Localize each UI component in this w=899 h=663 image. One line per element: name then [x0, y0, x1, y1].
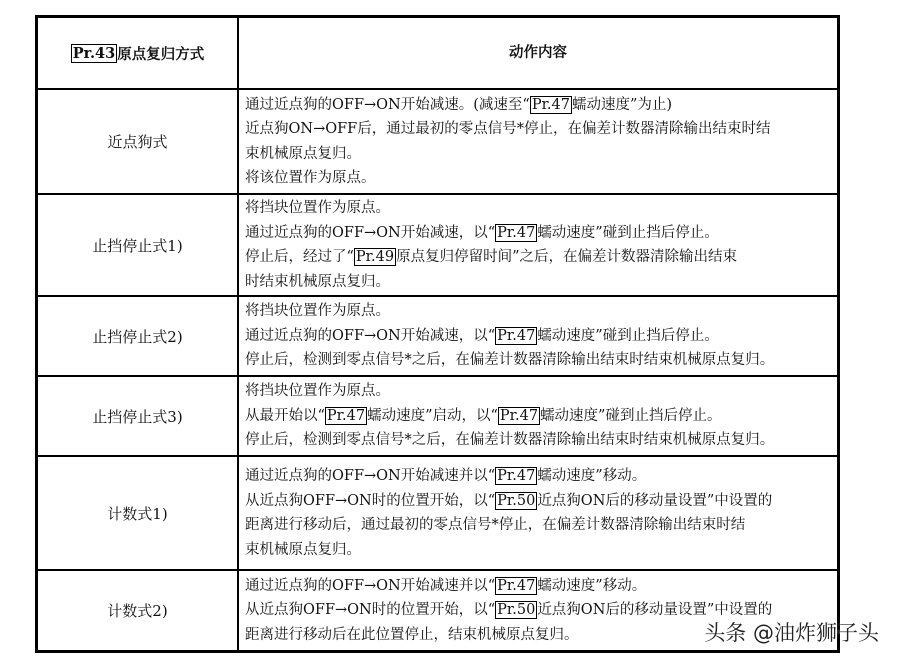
action-text: 通过近点狗的OFF→ON开始减速，以“ [245, 328, 495, 344]
param-ref-box: Pr.47 [498, 407, 540, 425]
action-text: 通过近点狗的OFF→ON开始减速，以“ [245, 225, 495, 241]
action-text: 停止后，检测到零点信号*之后，在偏差计数器清除输出结束时结束机械原点复归。 [245, 432, 774, 448]
action-line: 停止后，经过了“Pr.49原点复归停留时间”之后，在偏差计数器清除输出结束 [245, 245, 831, 270]
param-ref-box: Pr.47 [325, 407, 367, 425]
table-row: 近点狗式 通过近点狗的OFF→ON开始减速。(减速至“Pr.47蠕动速度”为止)… [38, 88, 837, 193]
param-ref-box: Pr.47 [530, 96, 572, 114]
action-text: 蠕动速度”碰到止挡后停止。 [537, 328, 718, 344]
table-row: 止挡停止式3) 将挡块位置作为原点。从最开始以“Pr.47蠕动速度”启动，以“P… [38, 375, 837, 455]
param-ref-box: Pr.47 [495, 467, 537, 485]
action-text: 近点狗ON后的移动量设置”中设置的 [537, 602, 772, 618]
param-ref-box: Pr.50 [495, 601, 537, 619]
table-row: 止挡停止式2) 将挡块位置作为原点。通过近点狗的OFF→ON开始减速，以“Pr.… [38, 295, 837, 375]
action-cell: 将挡块位置作为原点。通过近点狗的OFF→ON开始减速，以“Pr.47蠕动速度”碰… [239, 297, 837, 375]
homing-method-table: Pr.43原点复归方式 动作内容 近点狗式 通过近点狗的OFF→ON开始减速。(… [35, 15, 840, 653]
action-line: 通过近点狗的OFF→ON开始减速，以“Pr.47蠕动速度”碰到止挡后停止。 [245, 221, 831, 246]
param-ref-box: Pr.43 [71, 44, 117, 63]
action-cell: 将挡块位置作为原点。通过近点狗的OFF→ON开始减速，以“Pr.47蠕动速度”碰… [239, 195, 837, 295]
param-ref-box: Pr.47 [495, 327, 537, 345]
action-text: 蠕动速度”为止) [572, 97, 672, 113]
param-ref-box: Pr.50 [495, 492, 537, 510]
action-line: 通过近点狗的OFF→ON开始减速并以“Pr.47蠕动速度”移动。 [245, 574, 831, 599]
table-row: 止挡停止式1) 将挡块位置作为原点。通过近点狗的OFF→ON开始减速，以“Pr.… [38, 193, 837, 295]
action-text: 通过近点狗的OFF→ON开始减速。(减速至“ [245, 97, 530, 113]
action-line: 距离进行移动后，通过最初的零点信号*停止，在偏差计数器清除输出结束时结 [245, 513, 831, 538]
action-text: 束机械原点复归。 [245, 146, 361, 162]
table-header-row: Pr.43原点复归方式 动作内容 [38, 18, 837, 88]
action-text: 距离进行移动后在此位置停止，结束机械原点复归。 [245, 627, 579, 643]
action-line: 停止后，检测到零点信号*之后，在偏差计数器清除输出结束时结束机械原点复归。 [245, 428, 831, 453]
watermark: 头条 @油炸狮子头 [704, 617, 879, 647]
param-ref-box: Pr.47 [495, 577, 537, 595]
table-row: 计数式1) 通过近点狗的OFF→ON开始减速并以“Pr.47蠕动速度”移动。从近… [38, 455, 837, 569]
action-text: 将挡块位置作为原点。 [245, 303, 390, 319]
action-text: 蠕动速度”碰到止挡后停止。 [540, 408, 721, 424]
action-line: 束机械原点复归。 [245, 538, 831, 563]
action-text: 将挡块位置作为原点。 [245, 200, 390, 216]
action-text: 蠕动速度”碰到止挡后停止。 [537, 225, 718, 241]
action-line: 将挡块位置作为原点。 [245, 379, 831, 404]
param-ref-box: Pr.47 [495, 224, 537, 242]
action-text: 时结束机械原点复归。 [245, 274, 390, 290]
action-text: 从最开始以“ [245, 408, 325, 424]
action-cell: 通过近点狗的OFF→ON开始减速。(减速至“Pr.47蠕动速度”为止)近点狗ON… [239, 90, 837, 193]
action-text: 停止后，经过了“ [245, 249, 354, 265]
method-cell: 计数式1) [38, 457, 239, 569]
action-line: 将挡块位置作为原点。 [245, 299, 831, 324]
action-line: 从近点狗OFF→ON时的位置开始，以“Pr.50近点狗ON后的移动量设置”中设置… [245, 489, 831, 514]
action-line: 时结束机械原点复归。 [245, 270, 831, 295]
action-text: 近点狗ON→OFF后，通过最初的零点信号*停止，在偏差计数器清除输出结束时结 [245, 121, 770, 137]
header-action-label: 动作内容 [509, 41, 567, 66]
action-line: 通过近点狗的OFF→ON开始减速并以“Pr.47蠕动速度”移动。 [245, 464, 831, 489]
action-line: 停止后，检测到零点信号*之后，在偏差计数器清除输出结束时结束机械原点复归。 [245, 348, 831, 373]
action-text: 原点复归停留时间”之后，在偏差计数器清除输出结束 [396, 249, 737, 265]
action-line: 将挡块位置作为原点。 [245, 196, 831, 221]
action-text: 蠕动速度”启动，以“ [367, 408, 498, 424]
action-text: 通过近点狗的OFF→ON开始减速并以“ [245, 468, 495, 484]
method-cell: 止挡停止式2) [38, 297, 239, 375]
action-text: 将该位置作为原点。 [245, 170, 376, 186]
action-text: 通过近点狗的OFF→ON开始减速并以“ [245, 578, 495, 594]
action-text: 蠕动速度”移动。 [537, 468, 646, 484]
method-cell: 近点狗式 [38, 90, 239, 193]
action-line: 近点狗ON→OFF后，通过最初的零点信号*停止，在偏差计数器清除输出结束时结 [245, 117, 831, 142]
method-cell: 计数式2) [38, 571, 239, 650]
action-line: 束机械原点复归。 [245, 142, 831, 167]
action-text: 束机械原点复归。 [245, 542, 361, 558]
action-text: 从近点狗OFF→ON时的位置开始，以“ [245, 602, 495, 618]
action-line: 将该位置作为原点。 [245, 166, 831, 191]
header-method-label: 原点复归方式 [117, 43, 204, 64]
header-action-cell: 动作内容 [239, 18, 837, 88]
action-cell: 通过近点狗的OFF→ON开始减速并以“Pr.47蠕动速度”移动。从近点狗OFF→… [239, 457, 837, 569]
action-line: 从最开始以“Pr.47蠕动速度”启动，以“Pr.47蠕动速度”碰到止挡后停止。 [245, 404, 831, 429]
action-line: 通过近点狗的OFF→ON开始减速。(减速至“Pr.47蠕动速度”为止) [245, 93, 831, 118]
action-text: 从近点狗OFF→ON时的位置开始，以“ [245, 493, 495, 509]
action-text: 将挡块位置作为原点。 [245, 383, 390, 399]
param-ref-box: Pr.49 [354, 248, 396, 266]
action-text: 近点狗ON后的移动量设置”中设置的 [537, 493, 772, 509]
action-text: 停止后，检测到零点信号*之后，在偏差计数器清除输出结束时结束机械原点复归。 [245, 352, 774, 368]
action-text: 蠕动速度”移动。 [537, 578, 646, 594]
header-method-cell: Pr.43原点复归方式 [38, 18, 239, 88]
method-cell: 止挡停止式3) [38, 377, 239, 455]
action-line: 通过近点狗的OFF→ON开始减速，以“Pr.47蠕动速度”碰到止挡后停止。 [245, 324, 831, 349]
action-text: 距离进行移动后，通过最初的零点信号*停止，在偏差计数器清除输出结束时结 [245, 517, 745, 533]
method-cell: 止挡停止式1) [38, 195, 239, 295]
action-cell: 将挡块位置作为原点。从最开始以“Pr.47蠕动速度”启动，以“Pr.47蠕动速度… [239, 377, 837, 455]
